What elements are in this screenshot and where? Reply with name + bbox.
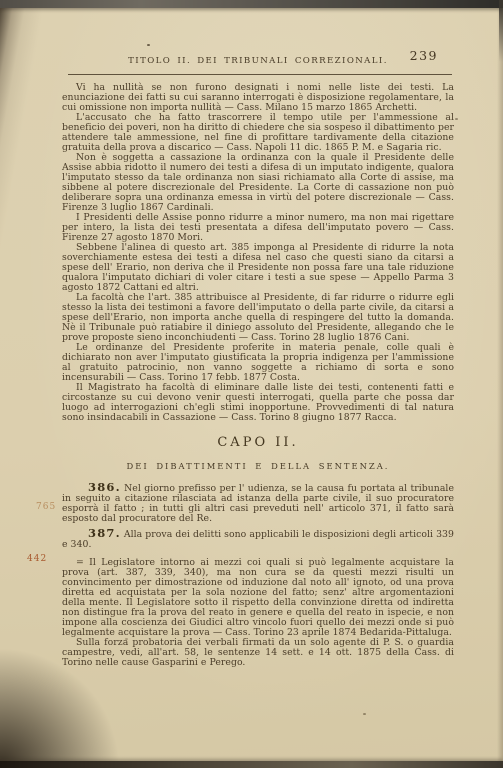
article-386: 386. Nel giorno prefisso per l' udienza,… [62, 482, 454, 524]
case-note-paragraph: La facoltà che l'art. 385 attribuisce al… [62, 293, 454, 343]
scan-edge-right [499, 0, 503, 62]
chapter-subheading: DEI DIBATTIMENTI E DELLA SENTENZA. [62, 461, 454, 471]
chapter-heading: CAPO II. [62, 438, 454, 448]
article-387-text: Alla prova dei delitti sono applicabili … [62, 529, 454, 550]
margin-note-442: 442 [27, 554, 47, 564]
scan-edge-bottom [0, 761, 503, 768]
page-number: 239 [410, 51, 438, 61]
case-note-paragraph: Non è soggetta a cassazione la ordinanza… [62, 153, 454, 213]
article-387: 387. Alla prova dei delitti sono applica… [62, 528, 454, 550]
header-rule [68, 74, 452, 75]
case-note-paragraph: Il Magistrato ha facoltà di eliminare da… [62, 383, 454, 423]
case-note-paragraph: I Presidenti delle Assise ponno ridurre … [62, 213, 454, 243]
case-note-paragraph: L'accusato che ha fatto trascorrere il t… [62, 113, 454, 153]
case-notes-block: Vi ha nullità se non furono designati i … [62, 83, 454, 423]
case-note-paragraph: Sebbene l'alinea di questo art. 385 impo… [62, 243, 454, 293]
paper-specks [147, 44, 150, 46]
commentary-paragraph: Sulla forza probatoria dei verbali firma… [62, 638, 454, 668]
page-content: TITOLO II. DEI TRIBUNALI CORREZIONALI. 2… [62, 48, 454, 668]
case-note-paragraph: Vi ha nullità se non furono designati i … [62, 83, 454, 113]
margin-note-765: 765 [36, 502, 56, 512]
page-header: TITOLO II. DEI TRIBUNALI CORREZIONALI. 2… [62, 48, 454, 70]
scanned-book-page: 765 442 TITOLO II. DEI TRIBUNALI CORREZI… [0, 0, 503, 768]
case-note-paragraph: Le ordinanze del Presidente proferite in… [62, 343, 454, 383]
commentary-paragraph: = Il Legislatore intorno ai mezzi coi qu… [62, 558, 454, 638]
scan-edge-top [0, 0, 503, 8]
article-386-text: Nel giorno prefisso per l' udienza, se l… [62, 483, 454, 524]
article-387-number: 387. [88, 526, 121, 540]
article-386-number: 386. [88, 480, 121, 494]
running-head: TITOLO II. DEI TRIBUNALI CORREZIONALI. [62, 48, 454, 66]
